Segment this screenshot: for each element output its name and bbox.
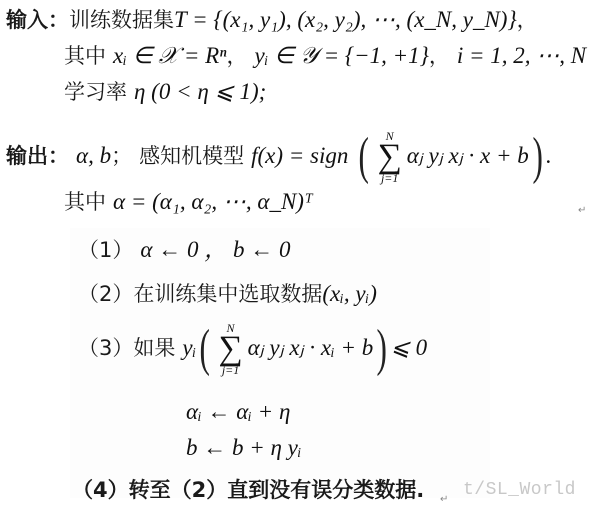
step-number: （2） xyxy=(78,282,133,306)
step-number: （4） xyxy=(72,478,129,502)
input-line-1: 输入：训练数据集T = {(x₁, y₁), (x₂, y₂), ⋯, (x_N… xyxy=(6,6,538,35)
input-line-2: 其中 xᵢ ∈ 𝒳 = Rⁿ， yᵢ ∈ 𝒴 = {−1, +1}， i = 1… xyxy=(64,42,586,71)
left-paren: ( xyxy=(359,131,369,183)
alpha-update-formula: αᵢ ← αᵢ + η xyxy=(186,399,290,424)
alpha-vector-formula: α = (α₁, α₂, ⋯, α_N)ᵀ xyxy=(113,189,313,214)
step-formula: α ← 0 ， b ← 0 xyxy=(140,237,290,262)
comma: ， xyxy=(429,44,450,68)
step-3-update-b: b ← b + η yᵢ xyxy=(186,434,302,463)
step-text: 在训练集中选取数据 xyxy=(133,282,322,306)
step-formula: (xᵢ, yᵢ) xyxy=(322,281,377,306)
sum-body: αⱼ yⱼ xⱼ · x + b xyxy=(407,143,529,168)
sum-body: αⱼ yⱼ xⱼ · xᵢ + b xyxy=(248,335,374,360)
semicolon: ； xyxy=(111,144,132,168)
return-mark-icon: ↵ xyxy=(578,205,586,216)
right-paren: ) xyxy=(377,323,387,375)
step-3-update-alpha: αᵢ ← αᵢ + η xyxy=(186,398,290,427)
model-lhs: f(x) = sign xyxy=(251,143,348,168)
step-text: 转至（2）直到没有误分类数据. xyxy=(129,478,425,502)
left-paren: ( xyxy=(200,323,210,375)
return-mark-icon: ↵ xyxy=(440,494,448,505)
step-3: （3）如果 yᵢ(N∑j=1αⱼ yⱼ xⱼ · xᵢ + b)⩽ 0 xyxy=(78,318,427,379)
where-prefix: 其中 xyxy=(64,190,106,214)
step-2: （2）在训练集中选取数据(xᵢ, yᵢ) xyxy=(78,280,377,309)
input-text: 训练数据集 xyxy=(69,8,174,32)
step-1: （1） α ← 0 ， b ← 0 xyxy=(78,236,290,265)
input-label: 输入： xyxy=(6,8,69,32)
output-vars: α, b xyxy=(76,143,111,168)
output-line-2: 其中 α = (α₁, α₂, ⋯, α_N)ᵀ xyxy=(64,188,313,217)
comma: ， xyxy=(517,8,538,32)
right-paren: ) xyxy=(532,131,542,183)
model-label: 感知机模型 xyxy=(139,144,244,168)
step-4: （4）转至（2）直到没有误分类数据. xyxy=(72,476,424,505)
index-range-formula: i = 1, 2, ⋯, N xyxy=(457,43,586,68)
learning-rate-formula: η (0 < η ⩽ 1); xyxy=(134,79,266,104)
watermark: t/SL_World xyxy=(463,480,576,500)
step-number: （1） xyxy=(78,238,133,262)
sigma-icon: ∑ xyxy=(375,142,405,172)
training-set-formula: T = {(x₁, y₁), (x₂, y₂), ⋯, (x_N, y_N)} xyxy=(174,7,517,32)
sigma-icon: ∑ xyxy=(216,334,246,364)
output-line-1: 输出： α, b； 感知机模型 f(x) = sign (N∑j=1αⱼ yⱼ … xyxy=(6,128,552,185)
summation: N∑j=1 xyxy=(216,322,246,376)
b-update-formula: b ← b + η yᵢ xyxy=(186,435,302,460)
step-number: （3） xyxy=(78,336,133,360)
step-formula-pre: yᵢ xyxy=(182,335,196,360)
where-prefix: 其中 xyxy=(64,44,106,68)
step-formula-post: ⩽ 0 xyxy=(391,335,428,360)
comma: ， xyxy=(226,44,247,68)
step-text: 如果 xyxy=(133,336,175,360)
x-domain-formula: xᵢ ∈ 𝒳 = Rⁿ xyxy=(113,43,226,68)
period: . xyxy=(546,143,552,168)
summation: N∑j=1 xyxy=(375,130,405,184)
y-domain-formula: yᵢ ∈ 𝒴 = {−1, +1} xyxy=(254,43,428,68)
input-line-3: 学习率 η (0 < η ⩽ 1); xyxy=(64,78,266,107)
learning-rate-label: 学习率 xyxy=(64,80,127,104)
output-label: 输出： xyxy=(6,144,69,168)
